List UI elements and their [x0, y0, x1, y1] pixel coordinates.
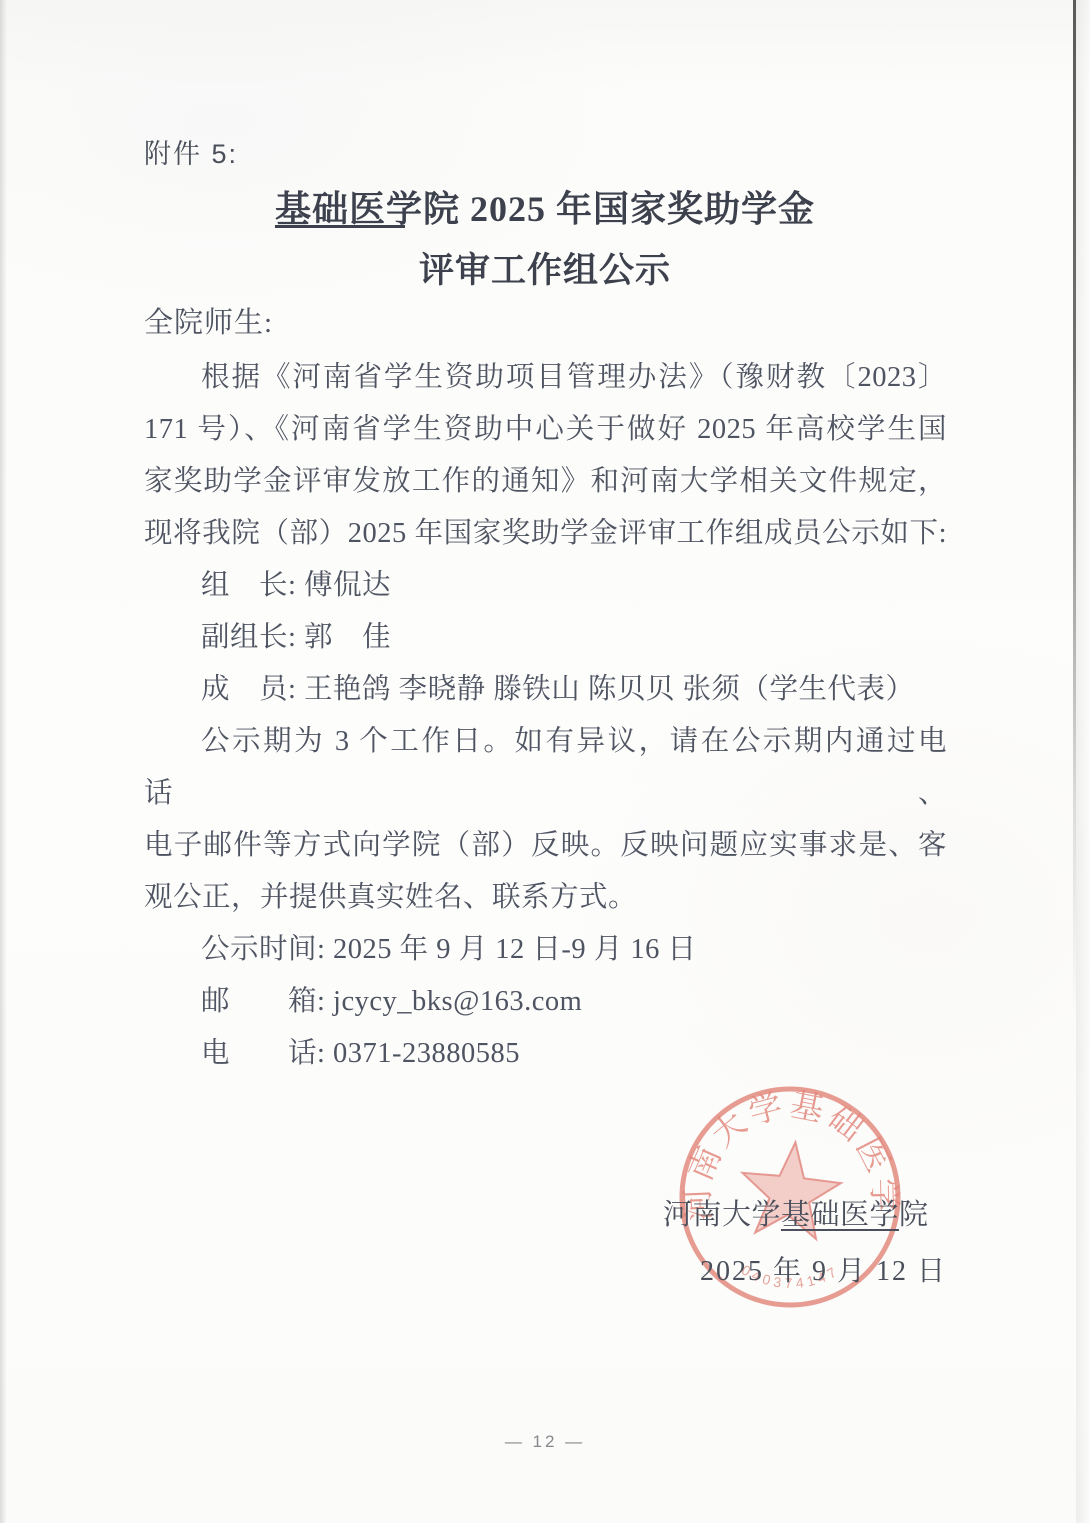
body-line-email: 邮 箱: jcycy_bks@163.com: [144, 976, 947, 1028]
body-line-publicity-period: 公示时间: 2025 年 9 月 12 日-9 月 16 日: [144, 924, 947, 976]
salutation: 全院师生:: [144, 300, 273, 341]
page-number: — 12 —: [0, 1432, 1090, 1452]
body-line: 家奖助学金评审发放工作的通知》和河南大学相关文件规定，: [144, 456, 947, 508]
attachment-label: 附件 5:: [144, 132, 238, 171]
title-underlined-text: 基础医学: [275, 189, 423, 229]
body-line-deputy-leader: 副组长: 郭 佳: [144, 612, 947, 664]
body-line: 现将我院（部）2025 年国家奖助学金评审工作组成员公示如下:: [144, 508, 947, 560]
body-line-group-leader: 组 长: 傅侃达: [144, 560, 947, 612]
body-line-members: 成 员: 王艳鸽 李晓静 滕铁山 陈贝贝 张须（学生代表）: [144, 664, 947, 716]
title-line-2: 评审工作组公示: [0, 240, 1090, 302]
title-line-1: 基础医学院 2025 年国家奖助学金: [0, 178, 1090, 240]
signature-org-underlined: 基础医学: [781, 1199, 899, 1231]
signature-organization: 河南大学基础医学院: [663, 1192, 929, 1233]
title-rest-text: 院 2025 年国家奖助学金: [423, 189, 815, 229]
document-body: 根据《河南省学生资助项目管理办法》（豫财教〔2023〕 171 号）、《河南省学…: [144, 352, 947, 1080]
body-line: 171 号）、《河南省学生资助中心关于做好 2025 年高校学生国: [144, 404, 947, 456]
body-line: 观公正，并提供真实姓名、联系方式。: [144, 872, 947, 924]
document-page: 附件 5: 基础医学院 2025 年国家奖助学金 评审工作组公示 全院师生: 根…: [0, 0, 1090, 1523]
signature-org-prefix: 河南大学: [663, 1199, 781, 1231]
body-line: 根据《河南省学生资助项目管理办法》（豫财教〔2023〕: [144, 352, 947, 404]
document-title: 基础医学院 2025 年国家奖助学金 评审工作组公示: [0, 178, 1090, 302]
body-line: 电子邮件等方式向学院（部）反映。反映问题应实事求是、客: [144, 820, 947, 872]
signature-org-suffix: 院: [899, 1199, 929, 1231]
body-line: 公示期为 3 个工作日。如有异议，请在公示期内通过电话、: [144, 716, 947, 820]
signature-date: 2025 年 9 月 12 日: [700, 1249, 947, 1289]
